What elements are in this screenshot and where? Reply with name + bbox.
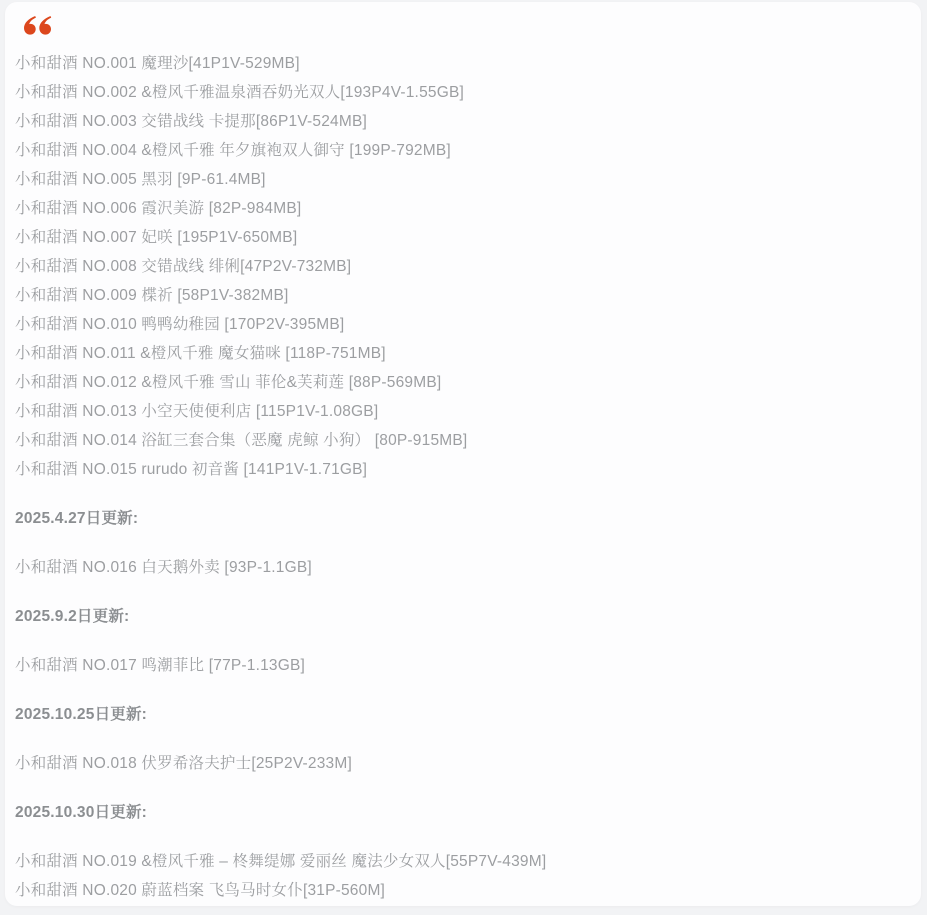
list-item: 小和甜酒 NO.017 鸣潮菲比 [77P-1.13GB] (15, 651, 909, 680)
list-item: 小和甜酒 NO.004 &橙风千雅 年夕旗袍双人御守 [199P-792MB] (15, 136, 909, 165)
section-items: 小和甜酒 NO.016 白天鹅外卖 [93P-1.1GB] (15, 553, 909, 582)
list-item: 小和甜酒 NO.008 交错战线 绯俐[47P2V-732MB] (15, 252, 909, 281)
list-item: 小和甜酒 NO.016 白天鹅外卖 [93P-1.1GB] (15, 553, 909, 582)
section-items: 小和甜酒 NO.019 &橙风千雅 – 柊舞缇娜 爱丽丝 魔法少女双人[55P7… (15, 847, 909, 905)
section-heading: 2025.9.2日更新: (15, 602, 909, 631)
quote-open-icon (23, 16, 909, 35)
section-items: 小和甜酒 NO.017 鸣潮菲比 [77P-1.13GB] (15, 651, 909, 680)
list-item: 小和甜酒 NO.019 &橙风千雅 – 柊舞缇娜 爱丽丝 魔法少女双人[55P7… (15, 847, 909, 876)
update-section: 2025.10.30日更新: 小和甜酒 NO.019 &橙风千雅 – 柊舞缇娜 … (15, 798, 909, 905)
list-item: 小和甜酒 NO.001 魔理沙[41P1V-529MB] (15, 49, 909, 78)
update-section: 2025.4.27日更新: 小和甜酒 NO.016 白天鹅外卖 [93P-1.1… (15, 504, 909, 582)
list-item: 小和甜酒 NO.018 伏罗希洛夫护士[25P2V-233M] (15, 749, 909, 778)
list-item: 小和甜酒 NO.013 小空天使便利店 [115P1V-1.08GB] (15, 397, 909, 426)
update-section: 2025.10.25日更新: 小和甜酒 NO.018 伏罗希洛夫护士[25P2V… (15, 700, 909, 778)
list-item: 小和甜酒 NO.005 黑羽 [9P-61.4MB] (15, 165, 909, 194)
section-heading: 2025.10.30日更新: (15, 798, 909, 827)
list-item: 小和甜酒 NO.007 妃咲 [195P1V-650MB] (15, 223, 909, 252)
section-heading: 2025.4.27日更新: (15, 504, 909, 533)
list-item: 小和甜酒 NO.009 楪祈 [58P1V-382MB] (15, 281, 909, 310)
list-item: 小和甜酒 NO.006 霞沢美游 [82P-984MB] (15, 194, 909, 223)
content-card: 小和甜酒 NO.001 魔理沙[41P1V-529MB]小和甜酒 NO.002 … (5, 2, 921, 906)
update-section: 2025.9.2日更新: 小和甜酒 NO.017 鸣潮菲比 [77P-1.13G… (15, 602, 909, 680)
section-heading: 2025.10.25日更新: (15, 700, 909, 729)
list-item: 小和甜酒 NO.020 蔚蓝档案 飞鸟马时女仆[31P-560M] (15, 876, 909, 905)
list-item: 小和甜酒 NO.014 浴缸三套合集（恶魔 虎鲸 小狗） [80P-915MB] (15, 426, 909, 455)
list-item: 小和甜酒 NO.010 鸭鸭幼稚园 [170P2V-395MB] (15, 310, 909, 339)
list-item: 小和甜酒 NO.015 rurudo 初音酱 [141P1V-1.71GB] (15, 455, 909, 484)
list-item: 小和甜酒 NO.012 &橙风千雅 雪山 菲伦&芙莉莲 [88P-569MB] (15, 368, 909, 397)
list-item: 小和甜酒 NO.003 交错战线 卡提那[86P1V-524MB] (15, 107, 909, 136)
list-item: 小和甜酒 NO.011 &橙风千雅 魔女猫咪 [118P-751MB] (15, 339, 909, 368)
list-item: 小和甜酒 NO.002 &橙风千雅温泉酒吞奶光双人[193P4V-1.55GB] (15, 78, 909, 107)
section-items: 小和甜酒 NO.018 伏罗希洛夫护士[25P2V-233M] (15, 749, 909, 778)
release-list: 小和甜酒 NO.001 魔理沙[41P1V-529MB]小和甜酒 NO.002 … (15, 49, 909, 484)
